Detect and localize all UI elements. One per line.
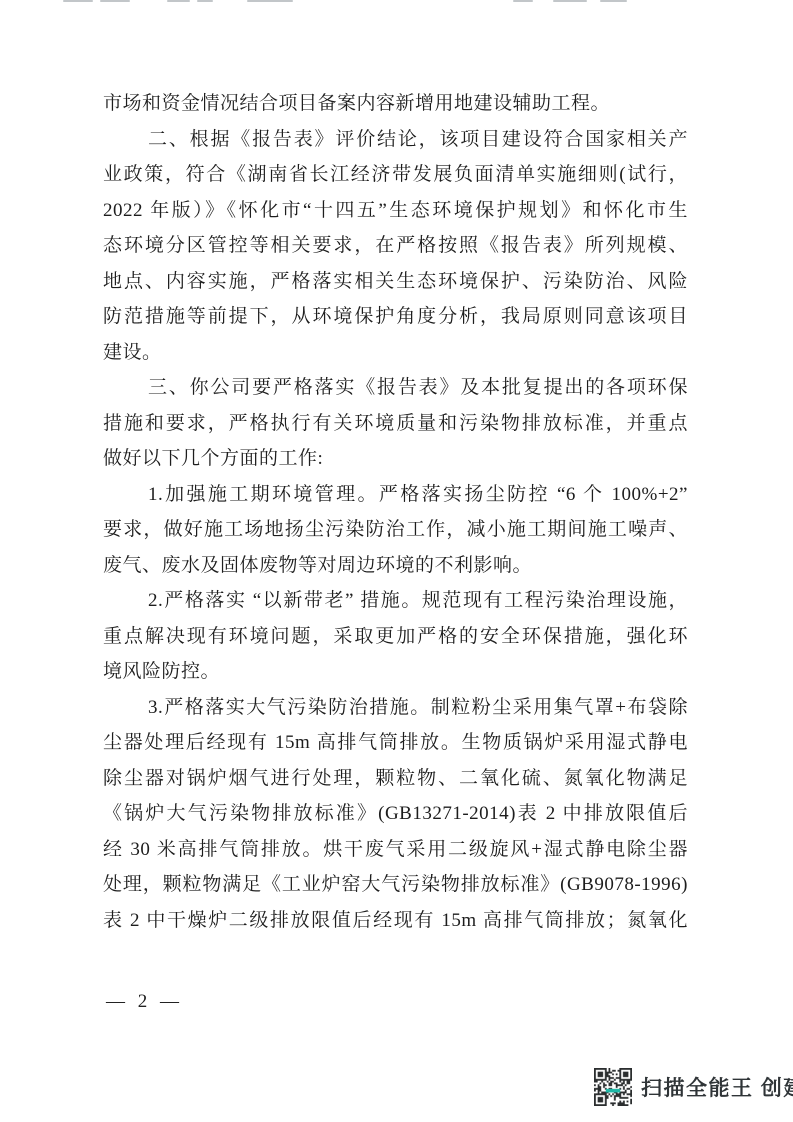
text-line: 1.加强施工期环境管理。严格落实扬尘防控 “6 个 100%+2” — [103, 477, 688, 513]
text-line: 措施和要求，严格执行有关环境质量和污染物排放标准，并重点 — [103, 406, 688, 442]
scan-artifact-mark — [167, 0, 190, 2]
scan-artifact-mark — [197, 0, 213, 2]
text-line: 经 30 米高排气筒排放。烘干废气采用二级旋风+湿式静电除尘器 — [103, 832, 688, 868]
text-line: 做好以下几个方面的工作: — [103, 441, 688, 477]
text-line: 境风险防控。 — [103, 654, 688, 690]
scan-artifact-mark — [247, 0, 293, 2]
document-body: 市场和资金情况结合项目备案内容新增用地建设辅助工程。二、根据《报告表》评价结论，… — [103, 86, 688, 938]
scan-artifact-mark — [63, 0, 93, 2]
document-page: 市场和资金情况结合项目备案内容新增用地建设辅助工程。二、根据《报告表》评价结论，… — [0, 0, 793, 1122]
text-line: 处理，颗粒物满足《工业炉窑大气污染物排放标准》(GB9078-1996) — [103, 867, 688, 903]
text-line: 除尘器对锅炉烟气进行处理，颗粒物、二氧化硫、氮氧化物满足 — [103, 761, 688, 797]
text-line: 地点、内容实施，严格落实相关生态环境保护、污染防治、风险 — [103, 264, 688, 300]
watermark-label: 扫描全能王 创建 — [641, 1072, 793, 1102]
text-line: 防范措施等前提下，从环境保护角度分析，我局原则同意该项目 — [103, 299, 688, 335]
scan-artifact-mark — [600, 0, 627, 2]
scanner-watermark: 扫描全能王 创建 — [594, 1068, 793, 1106]
text-line: 三、你公司要严格落实《报告表》及本批复提出的各项环保 — [103, 370, 688, 406]
text-line: 2.严格落实 “以新带老” 措施。规范现有工程污染治理设施， — [103, 583, 688, 619]
text-line: 二、根据《报告表》评价结论，该项目建设符合国家相关产 — [103, 122, 688, 158]
scan-artifact-mark — [513, 0, 533, 2]
text-line: 尘器处理后经现有 15m 高排气筒排放。生物质锅炉采用湿式静电 — [103, 725, 688, 761]
scan-artifact-mark — [553, 0, 587, 2]
text-line: 市场和资金情况结合项目备案内容新增用地建设辅助工程。 — [103, 86, 688, 122]
scan-artifact-mark — [100, 0, 130, 2]
text-line: 表 2 中干燥炉二级排放限值后经现有 15m 高排气筒排放；氮氧化 — [103, 903, 688, 939]
text-line: 《锅炉大气污染物排放标准》(GB13271-2014)表 2 中排放限值后 — [103, 796, 688, 832]
text-line: 2022 年版）》《怀化市“十四五”生态环境保护规划》和怀化市生 — [103, 193, 688, 229]
text-line: 重点解决现有环境问题，采取更加严格的安全环保措施，强化环 — [103, 619, 688, 655]
page-number: — 2 — — [106, 991, 183, 1013]
text-line: 态环境分区管控等相关要求，在严格按照《报告表》所列规模、 — [103, 228, 688, 264]
text-line: 业政策，符合《湖南省长江经济带发展负面清单实施细则(试行， — [103, 157, 688, 193]
text-line: 建设。 — [103, 335, 688, 371]
text-line: 要求，做好施工场地扬尘污染防治工作，减小施工期间施工噪声、 — [103, 512, 688, 548]
text-line: 废气、废水及固体废物等对周边环境的不利影响。 — [103, 548, 688, 584]
text-line: 3.严格落实大气污染防治措施。制粒粉尘采用集气罩+布袋除 — [103, 690, 688, 726]
qr-code-icon — [594, 1068, 632, 1106]
